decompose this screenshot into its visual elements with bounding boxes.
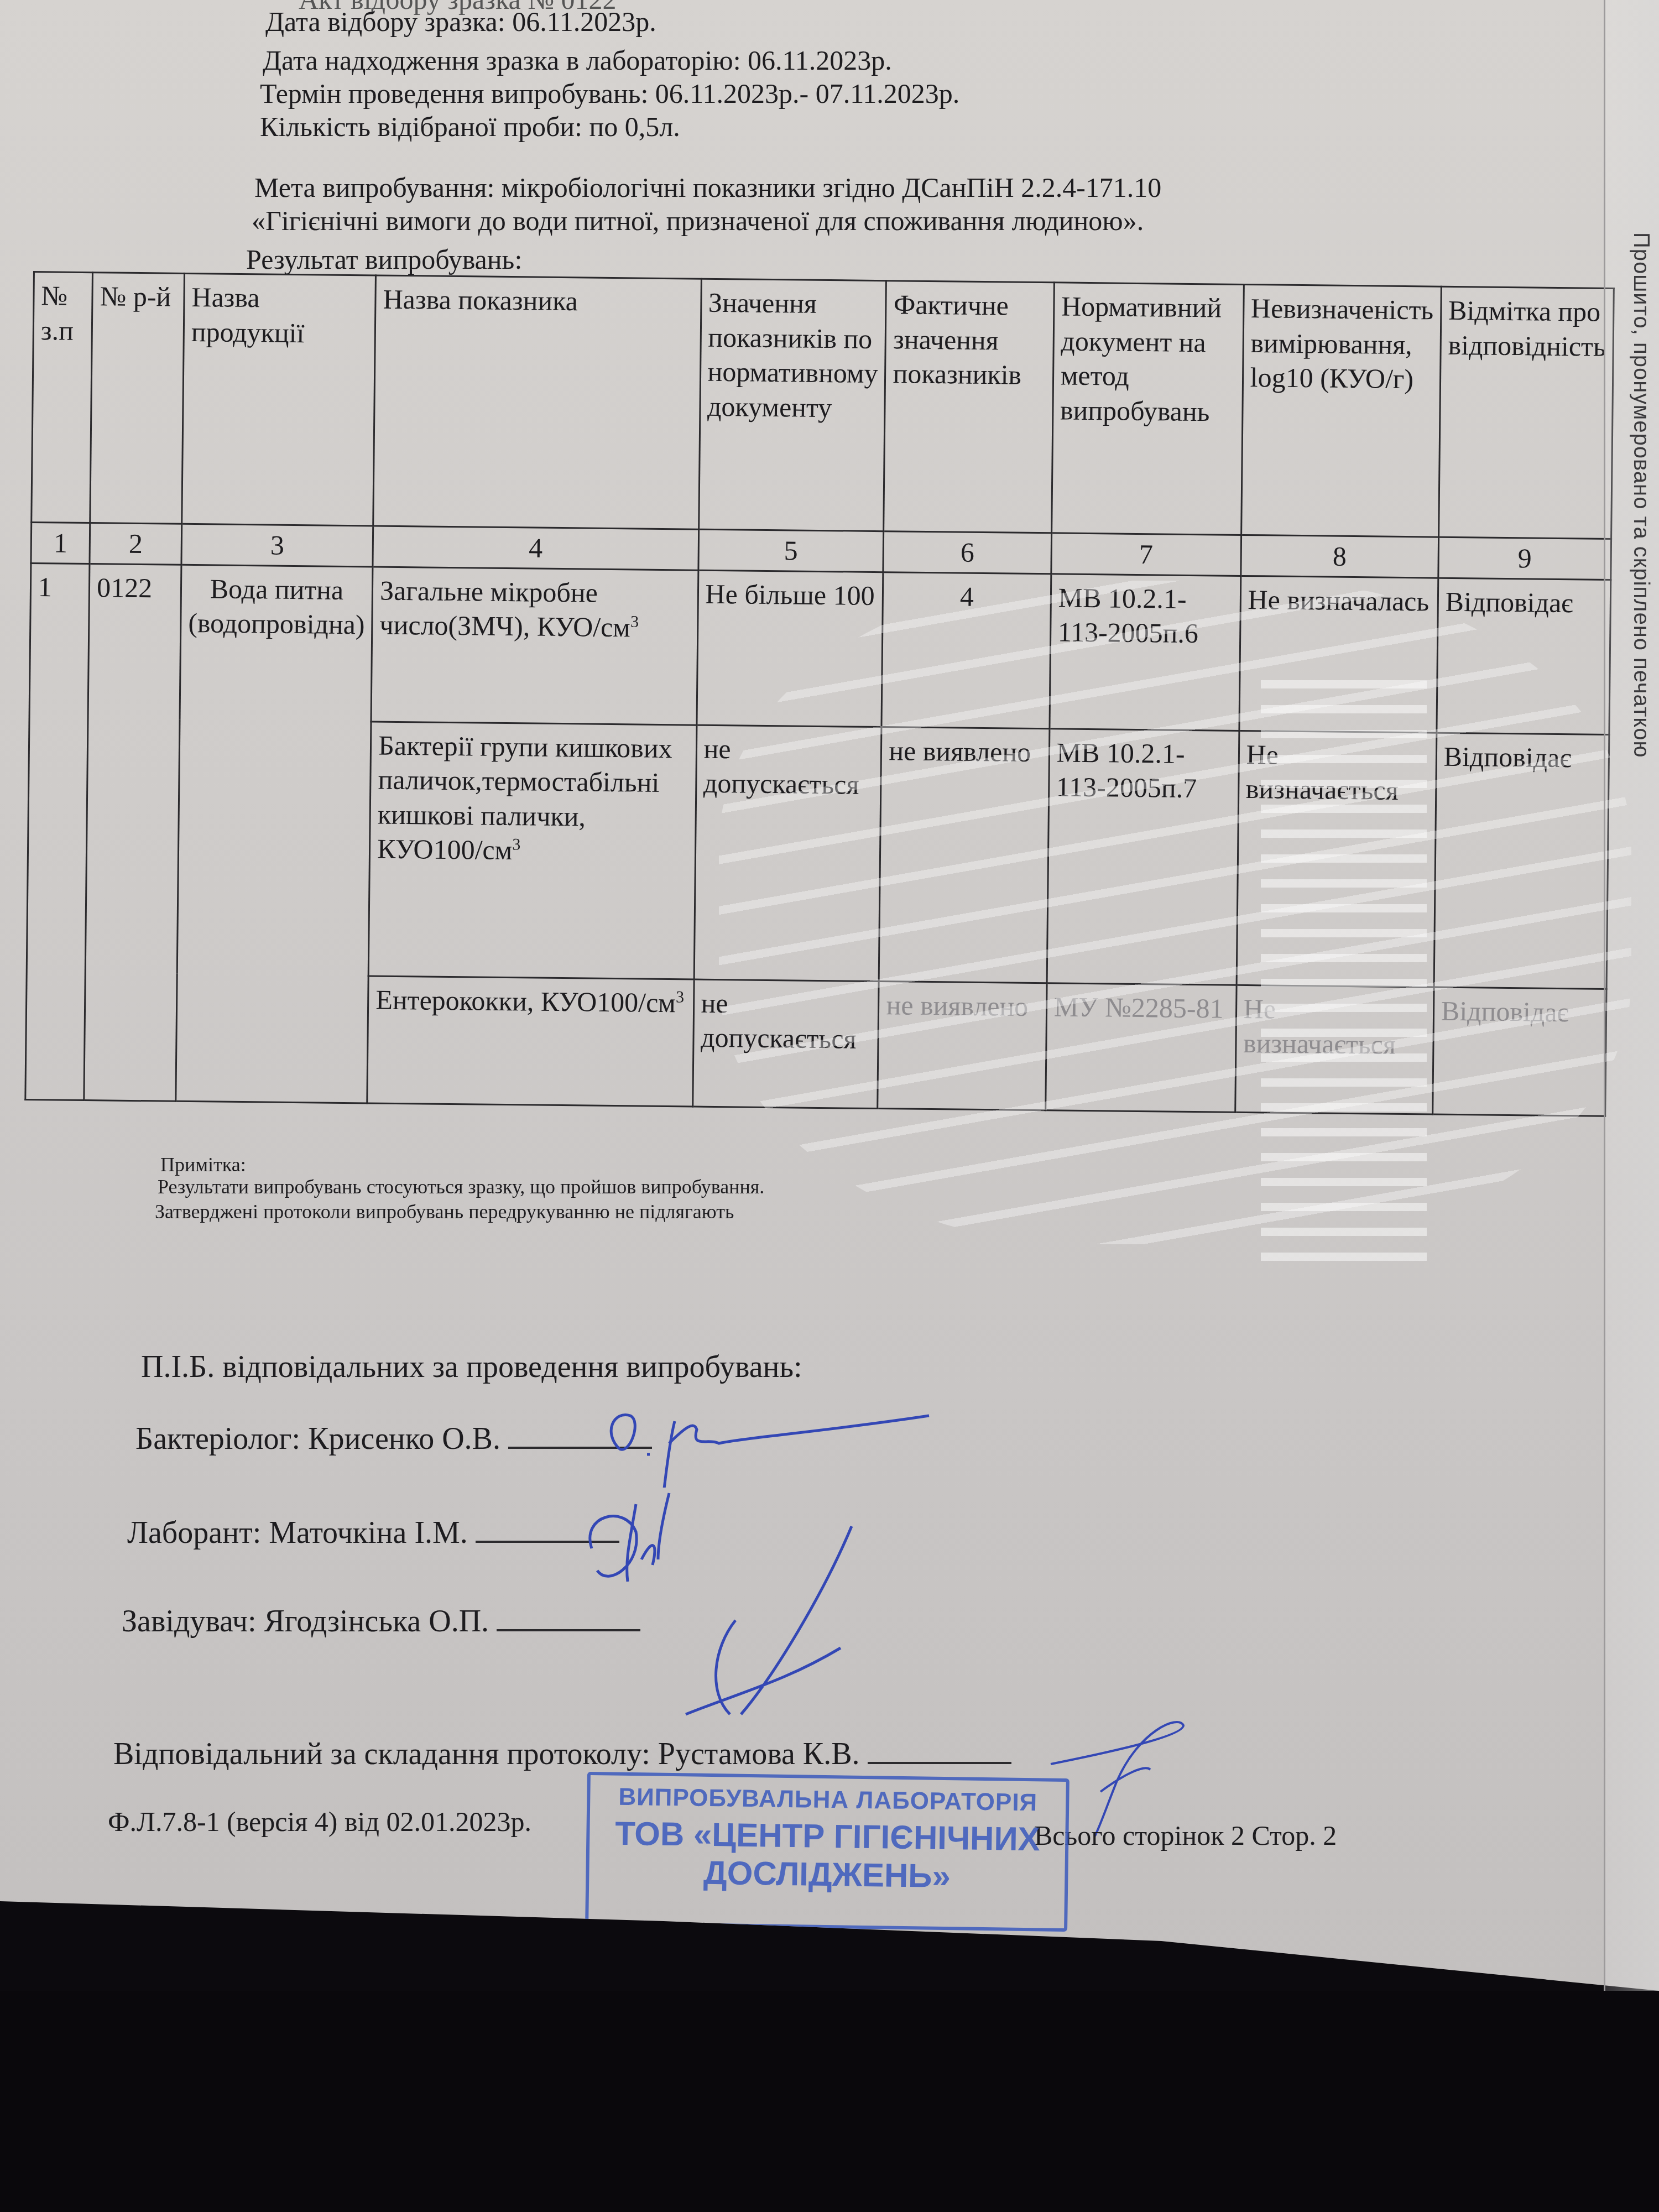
header-cell: Значення показників по нормативному доку… — [698, 279, 886, 531]
signature-blank — [868, 1740, 1011, 1764]
form-identifier: Ф.Л.7.8-1 (версія 4) від 02.01.2023р. — [108, 1806, 531, 1838]
results-table: № з.п № р-й Назва продукції Назва показн… — [24, 271, 1615, 1117]
conformity: Відповідає — [1433, 987, 1607, 1116]
indicator-cell: Бактерії групи кишкових паличок,термоста… — [368, 721, 696, 979]
signature-row-head: Завідувач: Ягодзінська О.П. — [122, 1604, 640, 1639]
signature-row-protocol: Відповідальний за складання протоколу: Р… — [113, 1736, 1011, 1772]
conformity: Відповідає — [1434, 733, 1609, 989]
column-number: 1 — [31, 522, 90, 564]
header-cell: Фактичне значення показників — [884, 281, 1054, 533]
header-cell: № р-й — [90, 273, 185, 524]
column-number: 9 — [1438, 537, 1611, 580]
sample-quantity: Кількість відібраної проби: по 0,5л. — [260, 111, 680, 143]
superscript: 3 — [630, 613, 639, 631]
header-cell: Назва продукції — [182, 273, 376, 526]
column-number: 5 — [698, 529, 884, 572]
indicator-name: Загальне мікробне число(ЗМЧ), КУО/см — [379, 575, 630, 643]
sample-reg-no: 0122 — [84, 564, 181, 1101]
note-line: Результати випробувань стосуються зразку… — [158, 1175, 764, 1198]
document-page: Акт відбору зразка № 0122 Дата відбору з… — [0, 0, 1659, 1991]
table-row: 1 0122 Вода питна (водопровідна) Загальн… — [29, 563, 1611, 734]
note-title: Примітка: — [160, 1153, 246, 1176]
uncertainty: Не визначалась — [1239, 576, 1438, 733]
signer-name: Завідувач: Ягодзінська О.П. — [122, 1604, 489, 1639]
test-period: Термін проведення випробувань: 06.11.202… — [260, 77, 959, 109]
method-doc: МВ 10.2.1-113-2005п.7 — [1047, 728, 1239, 985]
column-number: 3 — [181, 524, 373, 566]
laboratory-stamp: ВИПРОБУВАЛЬНА ЛАБОРАТОРІЯ ТОВ «ЦЕНТР ГІГ… — [585, 1772, 1070, 1932]
test-goal-line2: «Гігієнічні вимоги до води питної, призн… — [252, 205, 1144, 237]
stamp-line: ТОВ «ЦЕНТР ГІГІЄНІЧНИХ — [589, 1814, 1066, 1859]
header-cell: № з.п — [32, 272, 93, 523]
method-doc: МУ №2285-81 — [1045, 983, 1236, 1112]
actual-value: 4 — [881, 572, 1051, 728]
receipt-date: Дата надходження зразка в лабораторію: 0… — [263, 44, 892, 76]
signature-row-lab-assistant: Лаборант: Маточкіна І.М. — [127, 1515, 619, 1551]
method-doc: МВ 10.2.1-113-2005п.6 — [1050, 573, 1241, 731]
column-number: 8 — [1240, 535, 1438, 577]
binding-note: Прошито, пронумеровано та скріплено печа… — [1620, 232, 1653, 841]
column-number: 2 — [90, 523, 182, 565]
signer-name: Бактеріолог: Крисенко О.В. — [135, 1422, 500, 1456]
test-goal-line1: Мета випробування: мікробіологічні показ… — [254, 171, 1161, 204]
indicator-name: Ентерококки, КУО100/см — [375, 984, 676, 1018]
signer-name: Відповідальний за складання протоколу: Р… — [113, 1737, 860, 1771]
handwritten-signature-icon — [597, 1399, 940, 1488]
column-number: 4 — [373, 526, 698, 570]
stamp-line: ДОСЛІДЖЕНЬ» — [589, 1852, 1065, 1897]
indicator-cell: Ентерококки, КУО100/см3 — [367, 975, 694, 1106]
signatures-heading: П.І.Б. відповідальних за проведення випр… — [141, 1349, 802, 1385]
sample-index: 1 — [25, 563, 90, 1100]
actual-value: не виявлено — [878, 981, 1047, 1110]
header-cell: Відмітка про відповідність — [1438, 286, 1614, 539]
stamp-line: ВИПРОБУВАЛЬНА ЛАБОРАТОРІЯ — [590, 1783, 1066, 1817]
uncertainty: Не визначається — [1237, 731, 1437, 987]
product-name: Вода питна (водопровідна) — [176, 565, 373, 1103]
norm-value: Не більше 100 — [697, 570, 884, 727]
signature-row-bacteriologist: Бактеріолог: Крисенко О.В. — [135, 1421, 652, 1457]
conformity: Відповідає — [1437, 578, 1611, 734]
note-line: Затверджені протоколи випробувань передр… — [155, 1200, 734, 1223]
table-header-row: № з.п № р-й Назва продукції Назва показн… — [32, 272, 1614, 539]
norm-value: не допускається — [692, 979, 879, 1108]
dark-folder-background — [0, 1991, 1659, 2212]
indicator-name: Бактерії групи кишкових паличок,термоста… — [377, 729, 672, 865]
indicator-cell: Загальне мікробне число(ЗМЧ), КУО/см3 — [371, 566, 698, 724]
header-cell: Назва показника — [373, 275, 701, 529]
header-cell: Невизначеність вимірювання, log10 (КУО/г… — [1241, 284, 1441, 537]
uncertainty: Не визначається — [1235, 985, 1434, 1114]
superscript: 3 — [676, 988, 684, 1006]
norm-value: не допускається — [694, 725, 882, 981]
signer-name: Лаборант: Маточкіна І.М. — [127, 1516, 468, 1550]
column-number: 7 — [1051, 533, 1241, 576]
header-cell: Нормативний документ на метод випробуван… — [1051, 283, 1244, 535]
results-label: Результат випробувань: — [246, 243, 522, 275]
superscript: 3 — [512, 835, 520, 853]
sample-date: Дата відбору зразка: 06.11.2023р. — [265, 6, 656, 38]
handwritten-signature-icon — [575, 1482, 885, 1736]
column-number: 6 — [883, 531, 1051, 574]
actual-value: не виявлено — [879, 727, 1050, 983]
page-counter: Всього сторінок 2 Стор. 2 — [1034, 1819, 1337, 1851]
